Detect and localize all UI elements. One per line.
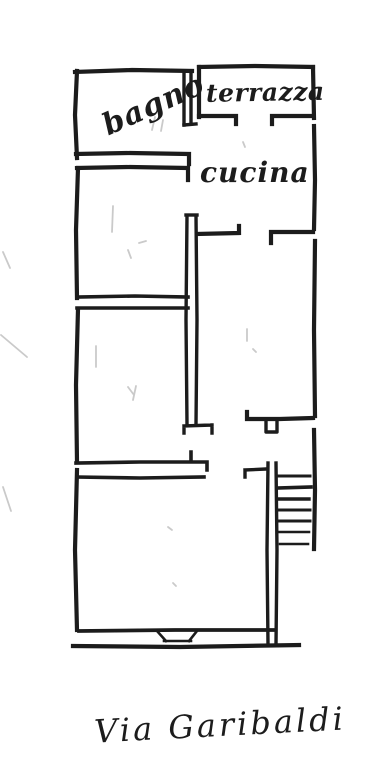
central-spine-wall	[184, 215, 212, 433]
bottom-wall-inner	[79, 630, 275, 631]
bottom-wall-inner-line	[79, 630, 275, 631]
bagno-bottom-wall	[76, 153, 189, 164]
central-wall-west-line	[186, 216, 187, 424]
label-bagno: bagno	[97, 67, 210, 143]
central-wall-east-line	[196, 216, 197, 424]
window-left-slant	[157, 631, 166, 641]
cucina-pencil-dot	[243, 142, 245, 147]
room3-pencil-mark	[96, 346, 136, 400]
stair-side-wall-west	[267, 463, 268, 644]
cucina-bottom-walls	[197, 226, 313, 243]
terrazza-bottom-wall-left	[199, 116, 236, 124]
margin-stray-mark-3	[3, 487, 11, 511]
room2-top-wall	[77, 167, 188, 180]
label-cucina: cucina	[200, 156, 310, 189]
floor-plan-drawing: bagno terrazza cucina Via Garibaldi	[0, 0, 386, 768]
scanned-floor-plan-page: bagno terrazza cucina Via Garibaldi	[0, 0, 386, 768]
room2-pencil-mark	[112, 206, 146, 258]
central-wall-bottom-foot	[184, 425, 212, 433]
corridor-wall-line	[247, 412, 313, 419]
bottom-room-pencil-dots	[168, 527, 176, 586]
stair-wall-top-stub	[245, 469, 266, 477]
margin-stray-mark-2	[1, 335, 27, 357]
stair-side-wall-east	[276, 463, 277, 644]
stair-tread-2	[277, 487, 311, 488]
corridor-wall	[247, 412, 313, 432]
outer-wall-top-bagno	[75, 70, 192, 72]
terrazza-bottom-wall-right	[272, 116, 313, 124]
outer-wall-left-seg4	[75, 470, 77, 630]
outer-wall-right-seg2	[314, 241, 315, 416]
outer-wall-bottom	[73, 645, 299, 647]
wall-ink-group	[73, 66, 315, 647]
terrazza-top-wall	[199, 66, 313, 67]
outer-wall-right-seg3	[314, 430, 315, 549]
cucina-bottom-wall-left-stub	[197, 226, 239, 234]
outer-wall-left-seg3	[76, 309, 78, 462]
cucina-bottom-wall-right-stub	[271, 232, 313, 243]
staircase	[277, 476, 311, 544]
street-caption: Via Garibaldi	[93, 699, 346, 750]
outer-wall-left-seg2	[76, 168, 78, 298]
bottom-room-right-wall	[245, 463, 277, 644]
outer-wall-left-seg1	[75, 71, 77, 158]
right-room-pencil-mark	[247, 329, 256, 352]
room2-bottom-wall	[77, 296, 188, 297]
bagno-door-jamb	[184, 124, 196, 125]
outer-wall-right-seg1	[314, 126, 315, 229]
margin-stray-mark-1	[3, 252, 10, 268]
room3-bottom-wall-upper	[76, 452, 207, 470]
window-sill-symbol	[157, 631, 197, 641]
window-right-slant	[189, 631, 197, 641]
label-terrazza: terrazza	[206, 77, 325, 108]
corridor-wall-jamb	[266, 420, 277, 432]
room3-bottom-wall-lower	[77, 477, 204, 478]
